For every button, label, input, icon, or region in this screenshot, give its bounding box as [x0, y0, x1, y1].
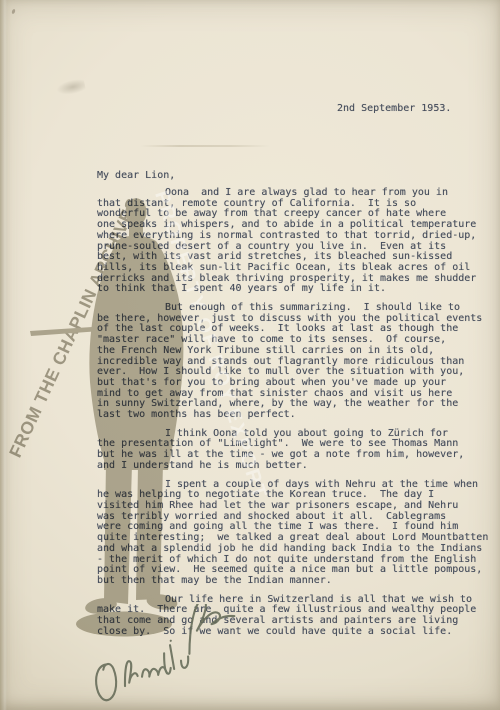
paper-edge [0, 0, 7, 710]
letter-page: 2nd September 1953. My dear Lion, Oona a… [0, 0, 500, 710]
paragraph: Oona and I are always glad to hear from … [97, 188, 497, 295]
paper-speck [11, 9, 16, 15]
letter-salutation: My dear Lion, [97, 171, 175, 182]
paragraph: I think Oona told you about going to Zür… [97, 429, 497, 472]
letter-line: last two months has been perfect. [97, 410, 497, 421]
paper-crease [140, 145, 270, 147]
letter-line: the French New York Tribune still carrie… [97, 346, 497, 357]
paper-smudge [54, 77, 86, 98]
paragraph: I spent a couple of days with Nehru at t… [97, 480, 497, 587]
letter-body: Oona and I are always glad to hear from … [97, 188, 497, 637]
letter-line: but then that may be the Indian manner. [97, 576, 497, 587]
letter-line: to think that I spent 40 years of my lif… [97, 284, 497, 295]
letter-date: 2nd September 1953. [337, 104, 451, 115]
letter-line: close by. So if we want we could have qu… [97, 627, 497, 638]
letter-line: and what a splendid job he did handing b… [97, 544, 497, 555]
letter-line: and I understand he is much better. [97, 461, 497, 472]
paragraph: Our life here in Switzerland is all that… [97, 595, 497, 638]
paragraph: But enough of this summarizing. I should… [97, 303, 497, 421]
letter-line: where everything is normal contrasted to… [97, 231, 497, 242]
